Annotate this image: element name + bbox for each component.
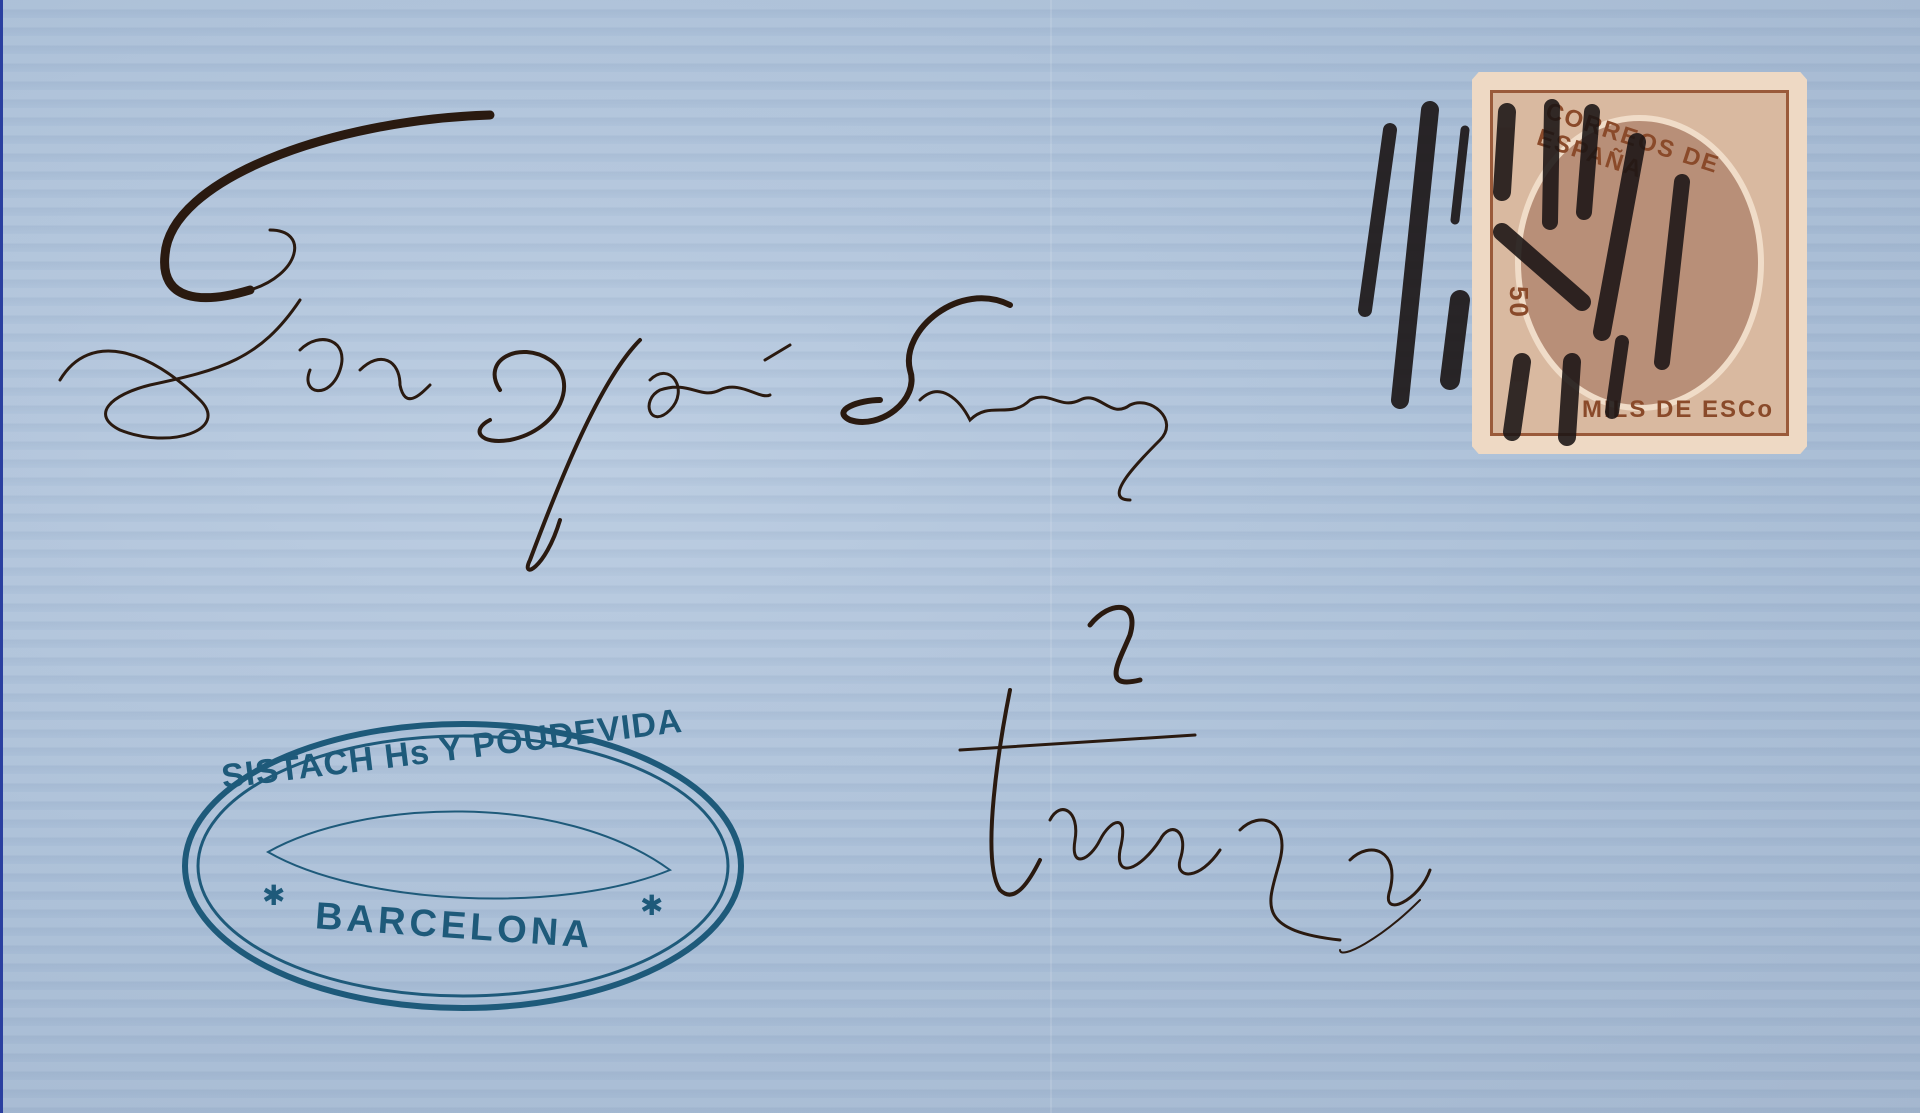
svg-text:✱: ✱ bbox=[262, 879, 285, 912]
postage-stamp: CORREOS DE ESPAÑA MILS DE ESCo 50 bbox=[1472, 72, 1807, 454]
svg-text:✱: ✱ bbox=[640, 889, 663, 922]
stamp-cancellation bbox=[1472, 72, 1807, 454]
